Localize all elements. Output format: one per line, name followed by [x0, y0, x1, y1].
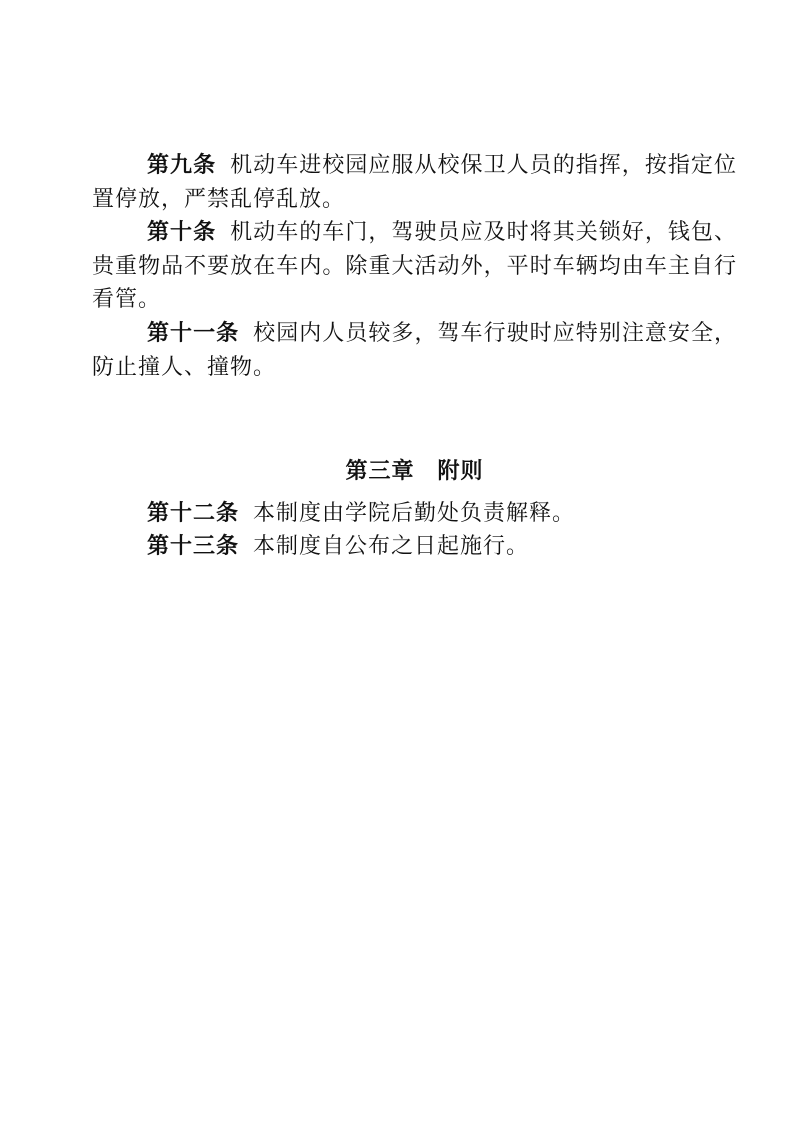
chapter-heading: 第三章 附则 [92, 454, 737, 488]
article-11-label: 第十一条 [147, 320, 239, 345]
article-13-text: 本制度自公布之日起施行。 [253, 533, 529, 558]
article-13-paragraph: 第十三条本制度自公布之日起施行。 [92, 529, 737, 563]
article-12-paragraph: 第十二条本制度由学院后勤处负责解释。 [92, 496, 737, 530]
article-12-text: 本制度由学院后勤处负责解释。 [253, 500, 575, 525]
document-page: 第九条机动车进校园应服从校保卫人员的指挥，按指定位置停放，严禁乱停乱放。 第十条… [0, 0, 793, 1122]
article-11-paragraph: 第十一条校园内人员较多，驾车行驶时应特别注意安全，防止撞人、撞物。 [92, 316, 737, 383]
article-13-label: 第十三条 [147, 533, 239, 558]
article-9-paragraph: 第九条机动车进校园应服从校保卫人员的指挥，按指定位置停放，严禁乱停乱放。 [92, 148, 737, 215]
article-9-label: 第九条 [147, 152, 216, 177]
document-content: 第九条机动车进校园应服从校保卫人员的指挥，按指定位置停放，严禁乱停乱放。 第十条… [92, 148, 737, 563]
article-10-paragraph: 第十条机动车的车门，驾驶员应及时将其关锁好，钱包、贵重物品不要放在车内。除重大活… [92, 215, 737, 316]
article-10-label: 第十条 [147, 219, 216, 244]
article-12-label: 第十二条 [147, 500, 239, 525]
